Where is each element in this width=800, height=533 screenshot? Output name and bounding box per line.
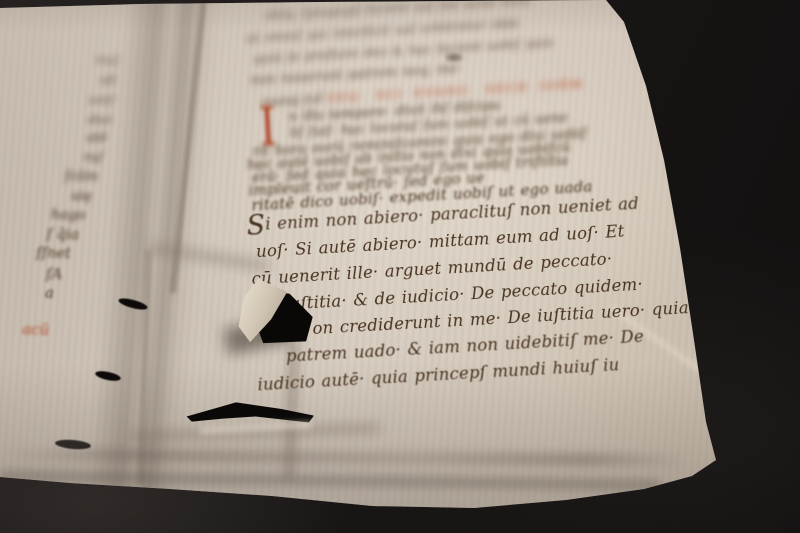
manuscript-line-ending: ſcām [0, 166, 133, 188]
manuscript-line-ending: ſſnet [0, 244, 131, 266]
manuscript-photo: muſ oſt untſ dnō atē ruſ ſcām uię hago ſ… [0, 0, 800, 533]
enlarged-capital-S: S [246, 210, 266, 242]
manuscript-line-ending: ſ q̄ia [0, 224, 131, 246]
manuscript-line-ending: ſA [0, 263, 131, 285]
left-page-column: muſ oſt untſ dnō atē ruſ ſcām uię hago ſ… [0, 49, 135, 342]
manuscript-line-ending: hago [0, 205, 132, 227]
manuscript-line-ending: uię [0, 185, 132, 207]
right-page-column: abſq; ſynagogiſ facient uoſ ſed uenit ho… [234, 0, 692, 409]
red-line-ending: acū [0, 319, 129, 341]
manuscript-line-ending: a [0, 283, 130, 305]
